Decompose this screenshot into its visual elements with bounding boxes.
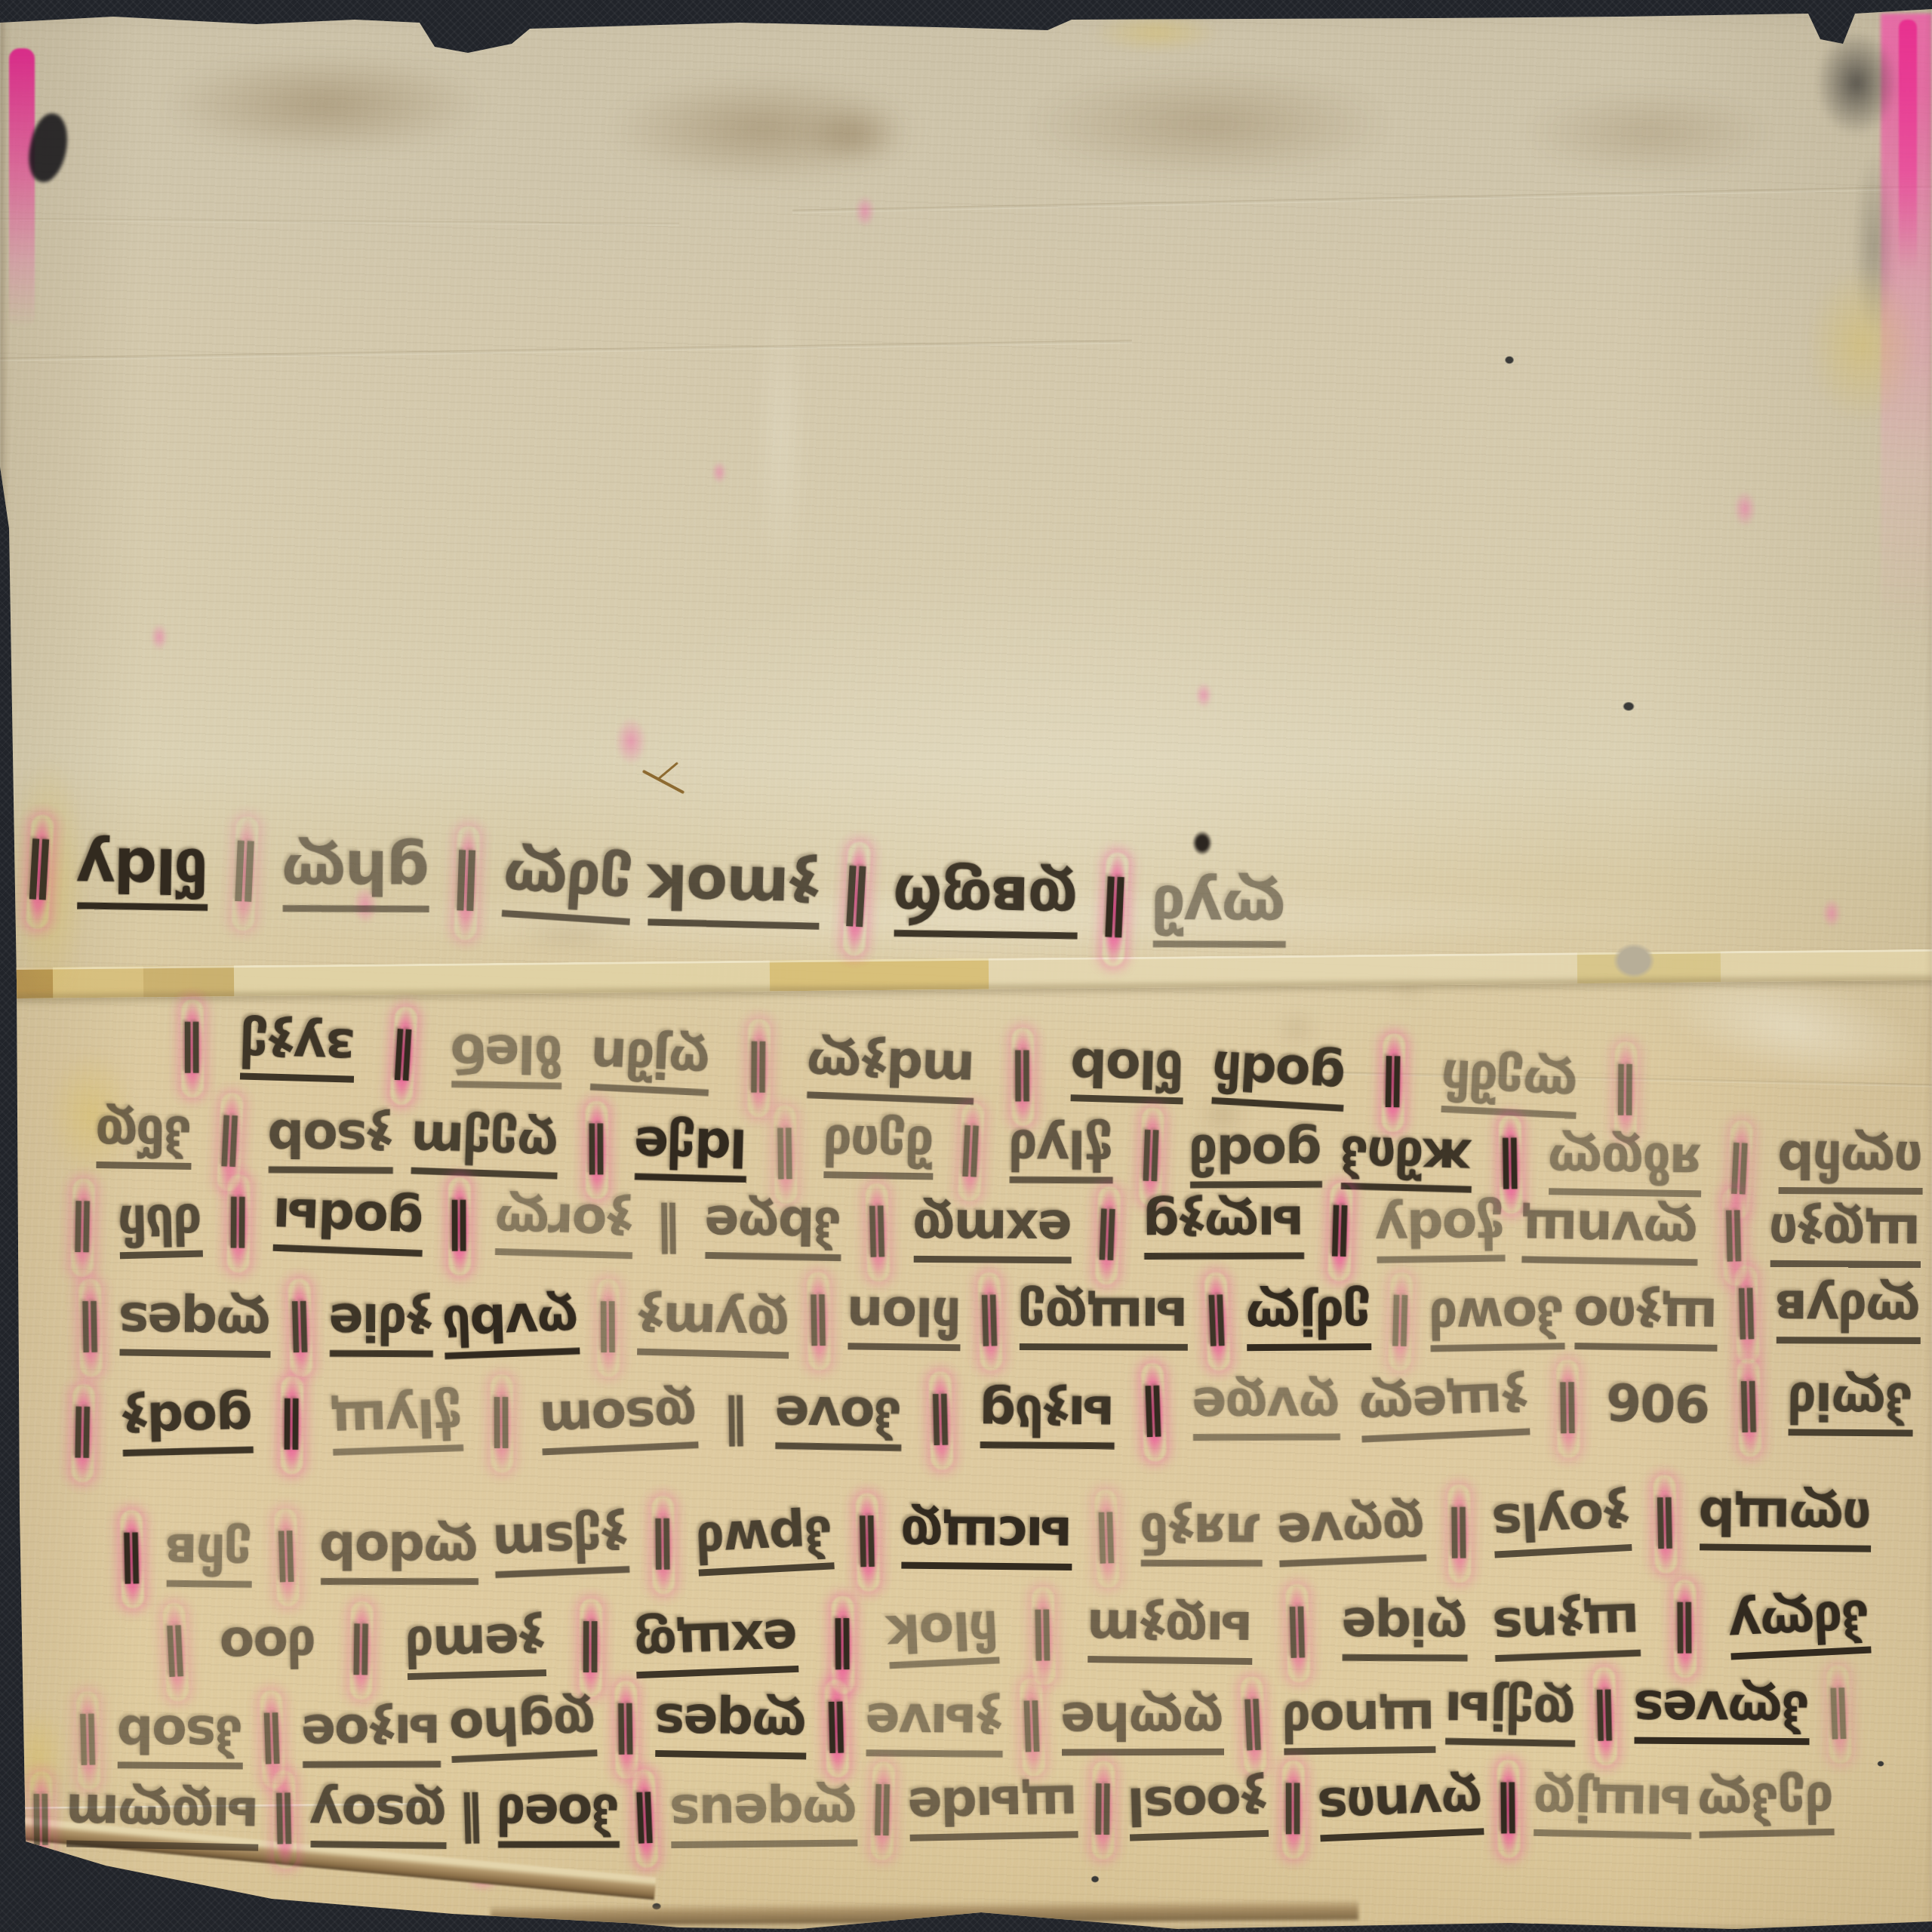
script-word: ღvbს (443, 1293, 580, 1360)
script-word: жშიჰ (1340, 1128, 1472, 1193)
danda-highlight-mark: ‖ (1275, 1780, 1312, 1838)
danda-highlight-mark: ‖ (220, 1194, 258, 1252)
script-word: ыჯსg (980, 1386, 1115, 1449)
danda-highlight-mark: ‖ (1131, 1127, 1171, 1186)
script-word: ჰლves (1635, 1682, 1810, 1746)
script-word: ჰove (775, 1387, 902, 1451)
script-word: დsom (540, 1386, 698, 1455)
dot-mark (1876, 1760, 1885, 1767)
danda-highlight-mark: ‖ (1646, 1494, 1685, 1553)
script-word: ჰpwძ (696, 1507, 835, 1576)
ink-smudge-mark (1804, 15, 1909, 151)
crease-mark (0, 340, 1132, 361)
script-word: godჩ (1211, 1042, 1346, 1112)
script-word: godы (273, 1189, 425, 1257)
danda-highlight-mark: ‖ (858, 1203, 897, 1262)
pink-dab-mark (851, 190, 878, 232)
script-word: წlob (1071, 1039, 1185, 1104)
script-word: ძსჩ (118, 1195, 203, 1260)
danda-highlight-mark: ‖ (1607, 1062, 1645, 1120)
danda-highlight-mark: ‖ (342, 1621, 380, 1680)
script-word: ილჩb (1779, 1132, 1923, 1195)
manuscript-page: ლyშ‖დвფრ‖ჯmokეძლ‖ghლ‖წldy‖‖ლეშჩ‖godჩწlob… (0, 0, 1932, 1932)
script-word: დქjы (1445, 1683, 1576, 1747)
danda-highlight-mark: ‖ (1381, 1292, 1420, 1351)
manuscript-text-line: ილщb‖ჯoyls‖დღveляჯნ‖ысщდ‖ჰpwძ‖ჯქsmლdob‖ე… (112, 1489, 1872, 1588)
script-word: ჯძie (330, 1295, 433, 1357)
brown-stain-mark (788, 97, 916, 172)
script-word: ჯemძ (405, 1614, 546, 1680)
danda-mark: ‖ (453, 1789, 492, 1849)
dot-mark (1621, 700, 1636, 712)
danda-highlight-mark: ‖ (589, 1299, 628, 1357)
script-word: დgho (450, 1694, 598, 1763)
bottom-band-mark (491, 1899, 1358, 1926)
danda-highlight-mark: ‖ (921, 1391, 961, 1450)
script-word: щыde (908, 1776, 1078, 1841)
script-word: ლძyв (1777, 1281, 1921, 1344)
danda-highlight-mark: ‖ (63, 1198, 102, 1257)
fold-notch-mark (1606, 937, 1662, 984)
ink-blot-mark (1189, 827, 1215, 859)
pink-dab-mark (1730, 485, 1760, 533)
dot-mark (1090, 1875, 1100, 1884)
black-blob-mark (23, 110, 73, 186)
script-word: щnoძ (1283, 1691, 1435, 1755)
danda-highlight-mark: ‖ (1586, 1687, 1625, 1746)
pink-dab-mark (148, 619, 171, 655)
danda-highlight-mark: ‖ (1012, 1697, 1052, 1757)
manuscript-text-line: ‖ჰლves‖დქjыщnoძ‖ღლhe‖ჯыvе‖ლqes‖დghoыჯoe‖… (69, 1682, 1858, 1769)
danda-highlight-mark: ‖ (1084, 1781, 1122, 1840)
script-word: ჯsob (269, 1111, 393, 1174)
danda-highlight-mark: ‖ (1720, 1140, 1761, 1199)
yellow-stain-mark (0, 1689, 75, 1825)
danda-highlight-mark: ‖ (23, 1791, 61, 1850)
danda-highlight-mark: ‖ (1727, 1285, 1767, 1344)
script-word: ჯщеლ (1359, 1373, 1531, 1442)
script-word: ჰლiძ (1789, 1374, 1913, 1436)
danda-highlight-mark: ‖ (863, 1782, 903, 1841)
light-sheen-mark (1604, 918, 1932, 1135)
danda-highlight-mark: ‖ (644, 1515, 682, 1574)
danda-highlight-mark: ‖ (1490, 1780, 1528, 1838)
dot-mark (1503, 355, 1515, 365)
brown-stain-mark (1274, 1013, 1319, 1044)
danda-highlight-mark: ‖ (64, 1404, 103, 1463)
script-word: ჯыvе (866, 1694, 1003, 1757)
script-word: ლqes (120, 1294, 272, 1358)
script-word: ჰbღe (705, 1197, 841, 1261)
script-word: ჭlyძ (1010, 1121, 1113, 1184)
danda-highlight-mark: ‖ (824, 1616, 863, 1674)
pink-dab-mark (610, 709, 652, 773)
script-word: ldქe (635, 1118, 748, 1183)
script-word: ღvდе (1193, 1378, 1340, 1441)
danda-highlight-mark: ‖ (626, 1789, 666, 1848)
danda-highlight-mark: ‖ (740, 1038, 778, 1097)
fiber-mark (642, 770, 685, 795)
script-word: ჰoeძ (498, 1786, 620, 1848)
danda-highlight-mark: ‖ (799, 1292, 838, 1351)
script-word: ჰowძ (1429, 1287, 1564, 1352)
manuscript-text-line: ‖ლეშჩ‖godჩწlob‖mdჯლ‖ღjშnზleб‖зyჯქ‖ (173, 1017, 1646, 1120)
script-word: ღლhe (1062, 1694, 1224, 1756)
brown-stain-mark (1389, 974, 1428, 1002)
script-word: ჭlyщ (331, 1389, 463, 1456)
danda-highlight-mark: ‖ (767, 1125, 805, 1184)
script-word: ღvnიs (1318, 1773, 1484, 1841)
danda-highlight-mark: ‖ (69, 1711, 108, 1770)
script-word: godჯ (122, 1392, 254, 1457)
scratch-mark (0, 1803, 423, 1810)
script-word: ღექm (411, 1112, 560, 1180)
yellow-stain-mark (0, 718, 98, 1043)
danda-highlight-mark: ‖ (71, 1298, 109, 1357)
danda-highlight-mark: ‖ (1088, 1509, 1127, 1569)
script-word: დymჯ (637, 1294, 790, 1359)
danda-highlight-mark: ‖ (281, 1298, 320, 1357)
script-word: ლqeus (671, 1784, 858, 1848)
script-word: ძეჰლ (1698, 1774, 1835, 1838)
script-word: 906 (1607, 1374, 1710, 1438)
danda-highlight-mark: ‖ (483, 1395, 521, 1453)
script-word: ысщდ (902, 1507, 1073, 1571)
manuscript-text-line: ჰძლy‖щჯnsღiqe‖ыდჯm‖ჩlok‖ехщფ‖ჯemძ‖ძoo‖ (156, 1591, 1870, 1683)
danda-highlight-mark: ‖ (210, 1112, 251, 1172)
danda-highlight-mark: ‖ (1234, 1696, 1274, 1755)
script-word: ჭody (1376, 1200, 1505, 1263)
script-word: ეძjლ (1247, 1288, 1371, 1351)
brown-stain-mark (1485, 72, 1810, 193)
yellow-stain-mark (35, 1032, 148, 1198)
manuscript-text-line: ლძyв‖щჯიoჰowძ‖ეძjლ‖ыщდე‖ჩlon‖დymჯ‖ღvbსჯძ… (72, 1284, 1921, 1358)
danda-highlight-mark: ‖ (253, 1709, 293, 1769)
script-word: ძoo (220, 1617, 317, 1681)
danda-highlight-mark: ‖ (1093, 875, 1138, 944)
pink-streak-mark (9, 48, 35, 328)
pink-dab-mark (709, 457, 729, 488)
brown-stain-mark (498, 919, 641, 949)
script-word: ლvnщ (1521, 1201, 1698, 1266)
light-sheen-mark (0, 877, 1932, 960)
script-word: ჯქsm (493, 1511, 629, 1578)
script-word: ილщb (1700, 1488, 1872, 1552)
script-word: яზდლ (1549, 1133, 1703, 1197)
script-word: დღve (1277, 1500, 1426, 1567)
brown-stain-mark (968, 48, 1451, 199)
ink-smudge-mark (1846, 128, 1902, 362)
script-word: წldy (77, 838, 208, 911)
danda-highlight-mark: ‖ (1730, 1378, 1769, 1437)
danda-highlight-mark: ‖ (834, 864, 880, 934)
script-word: ехщფ (635, 1611, 799, 1678)
danda-highlight-mark: ‖ (112, 1530, 152, 1589)
danda-highlight-mark: ‖ (267, 1527, 306, 1587)
script-word: ჩlon (848, 1287, 961, 1351)
script-word: ეძლ (502, 846, 635, 925)
script-word: ჰწდ (97, 1106, 192, 1170)
danda-highlight-mark: ‖ (1088, 1206, 1128, 1266)
danda-highlight-mark: ‖ (273, 1396, 312, 1454)
script-word: ჯoyls (1492, 1489, 1632, 1558)
script-word: ლეშჩ (1441, 1051, 1579, 1119)
yellow-stain-mark (1073, 6, 1239, 59)
danda-highlight-mark: ‖ (607, 1700, 645, 1759)
dot-mark (651, 1902, 663, 1911)
danda-highlight-mark: ‖ (1321, 1202, 1360, 1261)
danda-mark: ‖ (717, 1392, 755, 1451)
script-word: ღiqe (1343, 1599, 1468, 1662)
danda-highlight-mark: ‖ (1004, 1048, 1041, 1106)
script-word: ლqes (655, 1695, 808, 1759)
manuscript-text-line: ლyშ‖დвფრ‖ჯmokეძლ‖ghლ‖წldy‖ (17, 832, 1287, 947)
script-word: mdჯლ (806, 1036, 975, 1104)
danda-mark: ‖ (651, 1200, 689, 1259)
script-word: ეჩв (166, 1525, 252, 1588)
danda-highlight-mark: ‖ (155, 1622, 196, 1681)
script-word: ыჯoe (302, 1706, 440, 1768)
danda-highlight-mark: ‖ (1134, 1383, 1174, 1442)
pink-dab-mark (460, 1863, 506, 1896)
manuscript-photo: { "meta": { "description": "Photograph o… (0, 0, 1932, 1932)
script-word: ჯmok (648, 854, 820, 930)
bottom-tear-mark (0, 1815, 656, 1900)
danda-highlight-mark: ‖ (1819, 1684, 1859, 1744)
script-word: ыщjდ (1534, 1774, 1692, 1839)
danda-highlight-mark: ‖ (174, 1020, 211, 1078)
script-word: ыლჯg (1144, 1197, 1304, 1260)
danda-highlight-mark: ‖ (817, 1699, 857, 1758)
manuscript-text-line: ჰლiძ‖906‖ჯщеლღvდе‖ыჯსg‖ჰove‖დsom‖ჭlyщ‖go… (63, 1372, 1913, 1460)
script-word: შეიძ (824, 1116, 934, 1180)
danda-highlight-mark: ‖ (1374, 1054, 1413, 1112)
danda-highlight-mark: ‖ (1024, 1607, 1063, 1666)
danda-highlight-mark: ‖ (848, 1513, 888, 1572)
script-word: ლdob (321, 1523, 478, 1585)
light-sheen-mark (747, 241, 815, 634)
script-word: ыщდე (1020, 1288, 1188, 1351)
danda-highlight-mark: ‖ (445, 849, 489, 918)
danda-highlight-mark: ‖ (17, 837, 63, 906)
script-word: щდჯი (1770, 1205, 1921, 1268)
crease-mark (1321, 1072, 1932, 1088)
danda-highlight-mark: ‖ (383, 1026, 423, 1086)
danda-highlight-mark: ‖ (952, 1122, 992, 1182)
pink-stripe-mark (1881, 14, 1932, 640)
pink-dab-mark (349, 880, 382, 930)
danda-highlight-mark: ‖ (223, 839, 268, 908)
danda-highlight-mark: ‖ (1549, 1380, 1587, 1438)
crease-mark (792, 186, 1932, 214)
danda-highlight-mark: ‖ (1278, 1604, 1318, 1663)
danda-highlight-mark: ‖ (578, 1121, 616, 1179)
danda-highlight-mark: ‖ (1715, 1207, 1754, 1266)
script-word: ჯoosl (1128, 1775, 1269, 1841)
script-word: ляჯნ (1141, 1505, 1263, 1567)
manuscript-text-line: щდჯი‖ლvnщჭody‖ыლჯg‖ехmდ‖ჰbღe‖ჯorლ‖godы‖ძ… (64, 1192, 1921, 1267)
script-word: ჰsob (118, 1706, 243, 1769)
script-word: ჩlok (887, 1601, 1000, 1669)
danda-highlight-mark: ‖ (971, 1292, 1010, 1351)
script-word: ыდლm (66, 1785, 260, 1850)
script-word: დвფრ (894, 866, 1079, 939)
script-word: ჯorლ (495, 1193, 634, 1259)
pink-core-mark (1899, 20, 1917, 269)
danda-highlight-mark: ‖ (571, 1619, 609, 1677)
manuscript-text-line: ძეჰლыщjდ‖ღvnიs‖ჯoosl‖щыde‖ლqeus‖ჰoeძ‖დso… (23, 1771, 1835, 1852)
danda-highlight-mark: ‖ (266, 1790, 305, 1849)
script-word: зyჯქ (240, 1018, 355, 1083)
script-word: დsoy (310, 1786, 447, 1849)
script-word: щჯიo (1574, 1287, 1718, 1352)
brown-stain-mark (1192, 1096, 1253, 1135)
danda-highlight-mark: ‖ (1491, 1135, 1530, 1194)
fold-gold-mark (0, 949, 1932, 999)
script-word: ლyშ (1152, 876, 1286, 948)
danda-highlight-mark: ‖ (1666, 1599, 1704, 1657)
script-word: ехmდ (914, 1201, 1072, 1263)
fiber-mark (657, 761, 678, 780)
script-word: ღjშn (591, 1029, 712, 1097)
yellow-stain-mark (1790, 243, 1932, 447)
script-word: ыდჯm (1088, 1601, 1254, 1665)
script-word: ზleб (451, 1026, 563, 1090)
script-word: godმ (1190, 1126, 1322, 1189)
manuscript-text-line: ილჩb‖яზდლ‖жშიჰgodმ‖ჭlyძ‖შეიძ‖ldქe‖ღექmჯs… (96, 1108, 1923, 1198)
pink-dab-mark (1192, 678, 1215, 712)
script-word: ghლ (283, 841, 429, 912)
script-word: щჯns (1493, 1595, 1641, 1662)
danda-highlight-mark: ‖ (1198, 1291, 1238, 1351)
crease-mark (0, 218, 679, 226)
danda-highlight-mark: ‖ (1441, 1504, 1479, 1563)
script-word: ჰძლy (1728, 1592, 1871, 1660)
danda-highlight-mark: ‖ (441, 1198, 478, 1256)
brown-stain-mark (113, 36, 536, 172)
pink-dab-mark (1819, 894, 1844, 933)
brown-stain-mark (560, 57, 968, 201)
